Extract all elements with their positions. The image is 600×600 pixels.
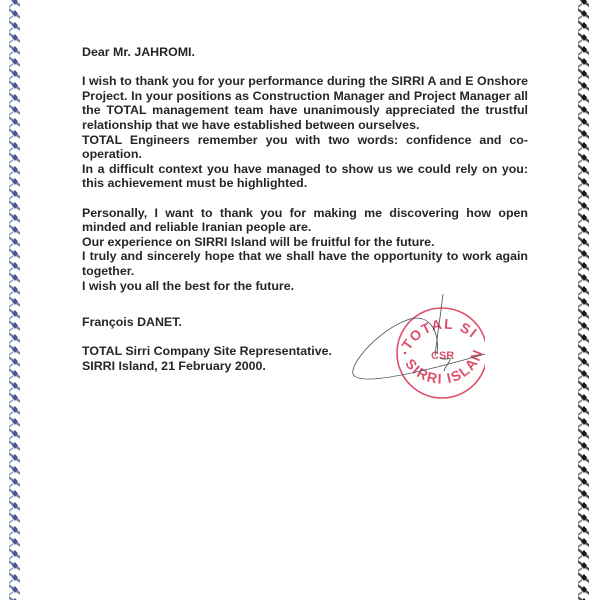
salutation: Dear Mr. JAHROMI. xyxy=(82,45,528,60)
letter-line: I wish to thank you for your performance… xyxy=(82,74,528,132)
letter-line: Our experience on SIRRI Island will be f… xyxy=(82,235,528,250)
company-stamp: TOTAL SIRRI SIRRI ISLAND CSR xyxy=(345,292,485,412)
letter-line: I wish you all the best for the future. xyxy=(82,279,528,294)
letter-line: In a difficult context you have managed … xyxy=(82,162,528,191)
paragraph-personal: Personally, I want to thank you for maki… xyxy=(82,206,528,294)
braid-pattern-icon xyxy=(8,0,22,600)
decorative-border-right xyxy=(577,0,591,600)
letter-line: TOTAL Engineers remember you with two wo… xyxy=(82,133,528,162)
letter-line: I truly and sincerely hope that we shall… xyxy=(82,249,528,278)
braid-pattern-icon xyxy=(577,0,591,600)
paragraph-thanks: I wish to thank you for your performance… xyxy=(82,74,528,191)
svg-text:TOTAL SIRRI: TOTAL SIRRI xyxy=(345,292,481,353)
stamp-seal-icon: TOTAL SIRRI SIRRI ISLAND CSR xyxy=(345,292,485,412)
decorative-border-left xyxy=(8,0,22,600)
letter-line: Personally, I want to thank you for maki… xyxy=(82,206,528,235)
stamp-top-text: TOTAL SIRRI xyxy=(345,292,481,353)
stamp-center-text: CSR xyxy=(431,350,454,362)
